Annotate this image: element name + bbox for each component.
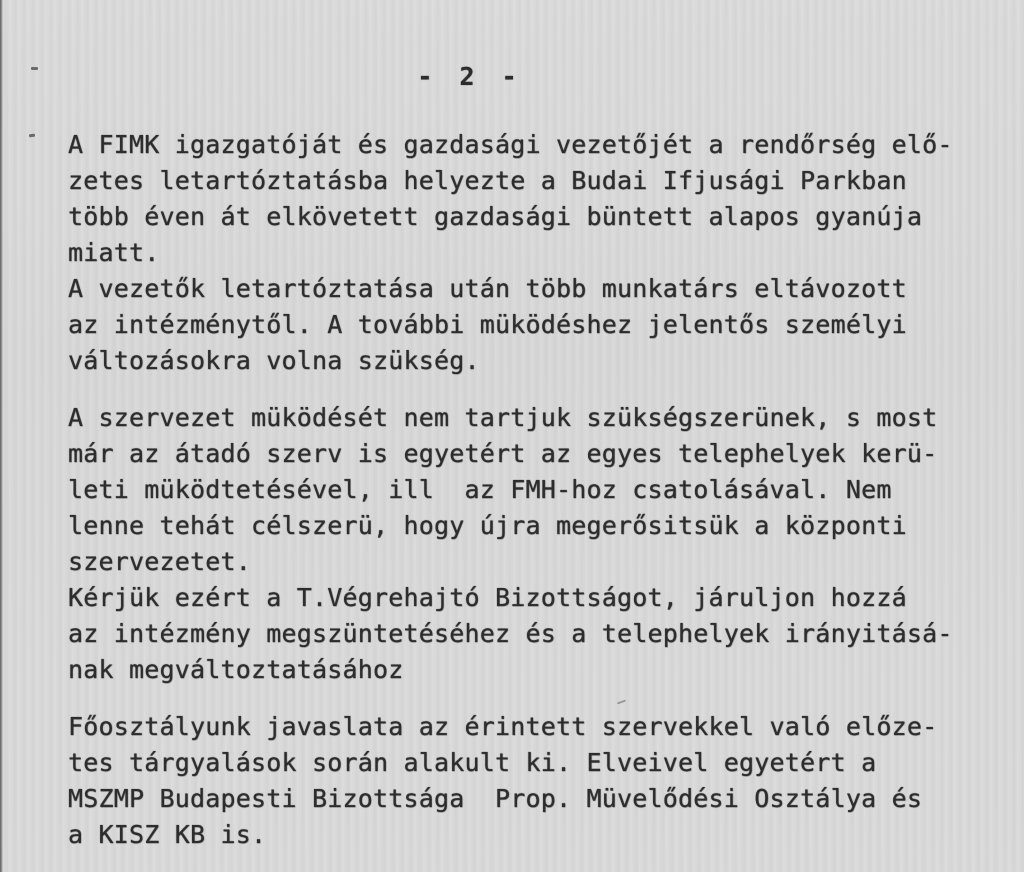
page-number: - 2 -: [0, 62, 940, 91]
document-body: A FIMK igazgatóját és gazdasági vezetőjé…: [68, 127, 994, 872]
text-line: A vezetők letartóztatása után több munka…: [68, 271, 994, 307]
paragraph-consultation: Főosztályunk javaslata az érintett szerv…: [68, 709, 994, 853]
text-line: leti müködtetésével, ill az FMH-hoz csat…: [68, 472, 994, 508]
scan-speck: [29, 134, 35, 138]
text-line: lenne tehát célszerü, hogy újra megerősi…: [68, 508, 994, 544]
text-line: nak megváltoztatásához: [68, 652, 994, 688]
text-line: az intézmény megszüntetéséhez és a telep…: [68, 616, 994, 652]
text-line: szervezetet.: [68, 544, 994, 580]
text-line: a KISZ KB is.: [68, 817, 994, 853]
paragraph-arrests: A FIMK igazgatóját és gazdasági vezetőjé…: [68, 127, 994, 379]
scan-edge: [0, 0, 3, 872]
scanned-document-page: - 2 - A FIMK igazgatóját és gazdasági ve…: [0, 0, 1024, 872]
text-line: Főosztályunk javaslata az érintett szerv…: [68, 709, 994, 745]
text-line: már az átadó szerv is egyetért az egyes …: [68, 436, 994, 472]
text-line: miatt.: [68, 235, 994, 271]
text-line: az intézménytől. A további müködéshez je…: [68, 307, 994, 343]
text-line: tes tárgyalások során alakult ki. Elveiv…: [68, 745, 994, 781]
text-line: zetes letartóztatásba helyezte a Budai I…: [68, 163, 994, 199]
text-line: A szervezet müködését nem tartjuk szüksé…: [68, 400, 994, 436]
text-line: MSZMP Budapesti Bizottsága Prop. Müvelőd…: [68, 781, 994, 817]
text-line: A FIMK igazgatóját és gazdasági vezetőjé…: [68, 127, 994, 163]
text-line: több éven át elkövetett gazdasági büntet…: [68, 199, 994, 235]
text-line: Kérjük ezért a T.Végrehajtó Bizottságot,…: [68, 580, 994, 616]
text-line: változásokra volna szükség.: [68, 343, 994, 379]
paragraph-proposal: A szervezet müködését nem tartjuk szüksé…: [68, 400, 994, 688]
